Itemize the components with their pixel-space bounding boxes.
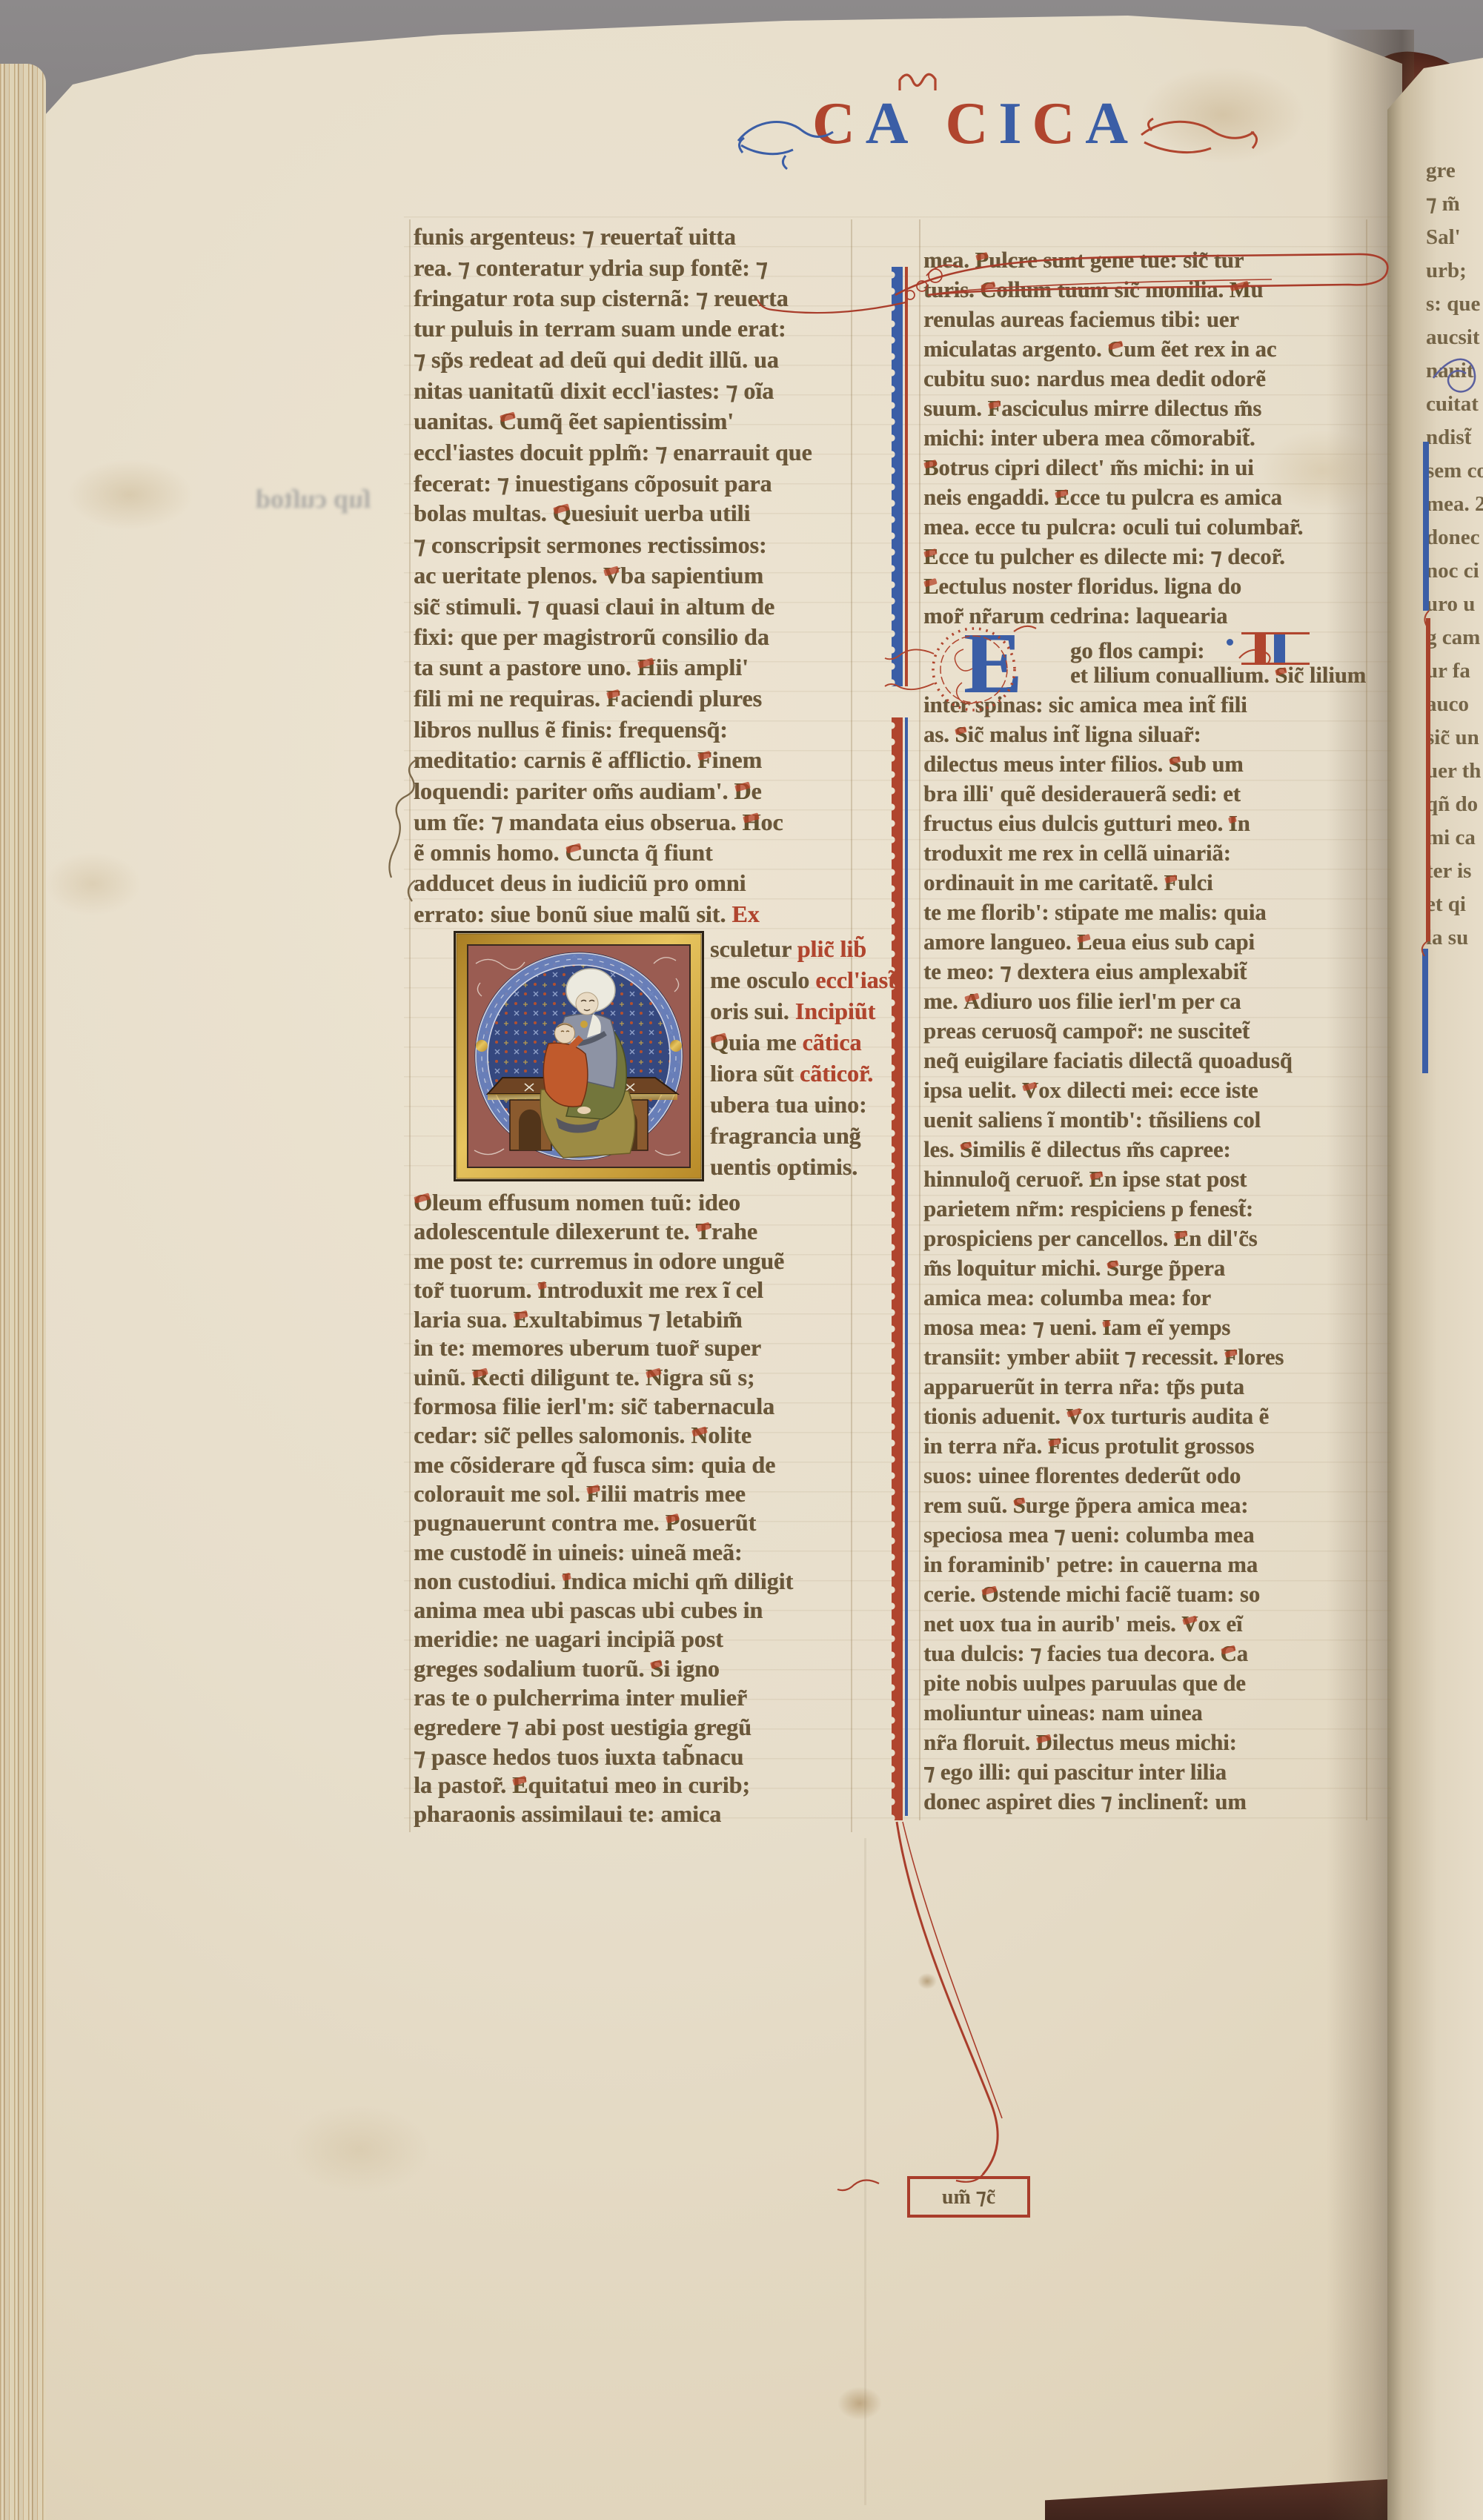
text-line: tor̃ tuorum. Introduxit me rex ĩ cel (414, 1276, 851, 1305)
text-line: Oleum effusum nomen tuũ: ideo (414, 1189, 851, 1218)
text-line: te meo: ⁊ dextera eius amplexabit̃ (923, 959, 1362, 989)
text-line: michi: inter ubera mea cõmorabit̃. (923, 425, 1362, 455)
historiated-initial-miniature (454, 931, 704, 1181)
text-line: uentis optimis. (710, 1153, 855, 1184)
text-line: ẽ omnis homo. Cuncta q̃ fiunt (414, 839, 851, 870)
text-line: Quia me cãtica (710, 1029, 855, 1060)
text-line: suum. Fasciculus mirre dilectus m̃s (923, 396, 1362, 425)
text-line: as. Sic̃ malus int̃ ligna siluar̃: (923, 722, 1362, 752)
text-line: me cõsiderare qd̃ fusca sim: quia de (414, 1451, 851, 1480)
text-line: apparuerũt in terra nr̃a: tp̃s puta (923, 1374, 1362, 1404)
text-line: rea. ⁊ conteratur ydria sup fontẽ: ⁊ (414, 253, 851, 285)
text-line: non custodiui. Indica michi qm̃ diligit (414, 1568, 851, 1596)
left-column-upper-text: funis argenteus: ⁊ reuertat̃ uittarea. ⁊… (414, 222, 851, 932)
text-line: fringatur rota sup cisternã: ⁊ reuerta (414, 284, 851, 315)
paraph-bar-stripe (905, 717, 908, 1816)
text-line: ⁊ sp̃s redeat ad deũ qui dedit illũ. ua (414, 345, 851, 377)
text-line: Botrus cipri dilect' m̃s michi: in ui (923, 455, 1362, 485)
running-header: CACICA (797, 83, 1146, 165)
text-line: fructus eius dulcis gutturi meo. In (923, 811, 1362, 840)
text-line: meridie: ne uagari incipiã post (414, 1625, 851, 1654)
text-line: ⁊ pasce hedos tuos iuxta tab̃nacu (414, 1743, 851, 1771)
text-line: mea. Pulcre sunt gene tue: sic̃ tur (923, 248, 1362, 277)
text-line: cerie. Ostende michi faciẽ tuam: so (923, 1582, 1362, 1611)
text-line: pharaonis assimilaui te: amica (414, 1800, 851, 1829)
text-line: uenit saliens ĩ montib': tñsiliens col (923, 1107, 1362, 1137)
parchment-stain (289, 2105, 430, 2194)
ruling-vertical (919, 219, 920, 1820)
text-line: amore langueo. Leua eius sub capi (923, 929, 1362, 959)
text-line: formosa filie ierl'm: sic̃ tabernacula (414, 1393, 851, 1422)
paraph-bar-stripe (905, 267, 908, 686)
text-line: libros nullus ẽ finis: frequensq̃: (414, 716, 851, 747)
parchment-stain (44, 852, 141, 915)
parchment-spot (837, 2387, 882, 2420)
text-line: eccl'iastes docuit pplm̃: ⁊ enarrauit qu… (414, 438, 851, 469)
text-line: bolas multas. Quesiuit uerba utili (414, 500, 851, 531)
text-line: miculatas argento. Cum ẽet rex in ac (923, 336, 1362, 366)
text-line: renulas aureas faciemus tibi: uer (923, 307, 1362, 336)
ruling-vertical (1366, 219, 1367, 1820)
text-line: me post te: curremus in odore unguẽ (414, 1247, 851, 1276)
show-through-ghost-text: ſup cuſtod (148, 483, 371, 514)
text-line: ordinauit in me caritatẽ. Fulci (923, 870, 1362, 900)
text-line: net uox tua in aurib' meis. Vox eĩ (923, 1611, 1362, 1641)
text-line: neis engaddi. Ecce tu pulcra es amica (923, 485, 1362, 514)
manuscript-photo: gre⁊ m̃Sal'urb;s: queaucsitnauitcuitatnd… (0, 0, 1483, 2520)
text-line: egredere ⁊ abi post uestigia gregũ (414, 1713, 851, 1742)
text-line: me osculo eccl'iast̃ (710, 966, 855, 998)
text-line: in te: memores uberum tuor̃ super (414, 1334, 851, 1363)
text-line: laria sua. Exultabimus ⁊ letabim̃ (414, 1305, 851, 1334)
text-line: liora sũt cãticor̃. (710, 1060, 855, 1091)
text-line: ipsa uelit. Vox dilecti mei: ecce iste (923, 1078, 1362, 1107)
parchment-spot (918, 1973, 937, 1989)
red-paraph-bar (892, 717, 903, 1820)
text-line: ⁊ ego illi: qui pascitur inter lilia (923, 1760, 1362, 1789)
text-line: in foraminib' petre: in cauerna ma (923, 1552, 1362, 1582)
gold-boss (670, 1040, 682, 1052)
text-line: les. Similis ẽ dilectus m̃s capree: (923, 1137, 1362, 1167)
text-line: loquendi: pariter om̃s audiam'. De (414, 777, 851, 809)
text-line: nr̃a floruit. Dilectus meus michi: (923, 1730, 1362, 1760)
text-line: oris sui. Incipiũt (710, 998, 855, 1029)
facing-page-flourish (1387, 30, 1483, 1216)
text-line: in terra nr̃a. Ficus protulit grossos (923, 1433, 1362, 1463)
ruling-vertical (409, 219, 411, 1832)
text-line: nitas uanitatũ dixit eccl'iastes: ⁊ oĩa (414, 377, 851, 408)
text-line: fecerat: ⁊ inuestigans cõposuit para (414, 469, 851, 500)
header-letter: C (812, 90, 858, 158)
text-line: mea. ecce tu pulcra: oculi tui columbar̃… (923, 514, 1362, 544)
text-line: amica mea: columba mea: for (923, 1285, 1362, 1315)
left-column-text-beside-miniature: sculetur plic̃ lib̃me osculo eccl'iast̃o… (710, 935, 855, 1184)
text-line: greges sodalium tuorũ. Si igno (414, 1655, 851, 1684)
text-line: me. Adiuro uos filie ierl'm per ca (923, 989, 1362, 1018)
text-line: preas ceruosq̃ campor̃: ne suscitet̃ (923, 1018, 1362, 1048)
text-line: rem suũ. Surge p̃pera amica mea: (923, 1493, 1362, 1522)
page-crease (864, 1838, 866, 2505)
text-line: transiit: ymber abiit ⁊ recessit. Flores (923, 1344, 1362, 1374)
text-line: m̃s loquitur michi. Surge p̃pera (923, 1256, 1362, 1285)
chapter-number-marker (1252, 633, 1296, 664)
text-line: ta sunt a pastore uno. Hiis ampli' (414, 654, 851, 685)
text-line: meditatio: carnis ẽ afflictio. Finem (414, 746, 851, 777)
text-line: fixi: que per magistrorũ consilio da (414, 623, 851, 654)
header-letter: A (1085, 90, 1131, 158)
text-line: troduxit me rex in cellã uinariã: (923, 840, 1362, 870)
text-line: um tĩe: ⁊ mandata eius obserua. Hoc (414, 808, 851, 839)
flourished-initial-E: E (963, 620, 1022, 707)
text-line: dilectus meus inter filios. Sub um (923, 752, 1362, 781)
page-stack-left-edge (0, 64, 46, 2520)
text-line: bra illi' quẽ desiderauerã sedi: et (923, 781, 1362, 811)
text-line: fili mi ne requiras. Faciendi plures (414, 685, 851, 716)
text-line: pite nobis uulpes paruulas que de (923, 1671, 1362, 1700)
text-line: adolescentule dilexerunt te. Trahe (414, 1218, 851, 1247)
text-line: suos: uinee florentes dederũt odo (923, 1463, 1362, 1493)
text-line: prospiciens per cancellos. En dil'c̃s (923, 1226, 1362, 1256)
text-line: ras te o pulcherrima inter mulier̃ (414, 1684, 851, 1713)
text-line: anima mea ubi pascas ubi cubes in (414, 1596, 851, 1625)
text-line: tionis aduenit. Vox turturis audita ẽ (923, 1404, 1362, 1433)
text-line: speciosa mea ⁊ ueni: columba mea (923, 1522, 1362, 1552)
text-line: sculetur plic̃ lib̃ (710, 935, 855, 966)
text-line: neq̃ euigilare faciatis dilectã quoadusq… (923, 1048, 1362, 1078)
text-line: moliuntur uineas: nam uinea (923, 1700, 1362, 1730)
text-line: funis argenteus: ⁊ reuertat̃ uitta (414, 222, 851, 253)
text-line: ac ueritate plenos. Vba sapientium (414, 562, 851, 593)
gold-boss (476, 1040, 488, 1052)
blue-paraph-bar (892, 267, 903, 686)
text-line: sic̃ stimuli. ⁊ quasi claui in altum de (414, 592, 851, 623)
text-line: turis. Collum tuum sic̃ monilia. Mu (923, 277, 1362, 307)
left-column-lower-text: Oleum effusum nomen tuũ: ideoadolescentu… (414, 1189, 851, 1830)
text-line: cubitu suo: nardus mea dedit odorẽ (923, 366, 1362, 396)
header-letter: C (946, 90, 992, 158)
header-letter: C (1032, 90, 1078, 158)
text-line: uinũ. Recti diligunt te. Nigra sũ s; (414, 1364, 851, 1393)
text-line: parietem nr̃m: respiciens p fenest̃: (923, 1196, 1362, 1226)
text-line: colorauit me sol. Filii matris mee (414, 1480, 851, 1509)
text-line: errato: siue bonũ siue malũ sit. Ex (414, 901, 851, 932)
facing-page-sliver: gre⁊ m̃Sal'urb;s: queaucsitnauitcuitatnd… (1387, 30, 1483, 2520)
text-line: ubera tua uino: (710, 1091, 855, 1122)
text-line: uanitas. Cumq̃ ẽet sapientissim' (414, 408, 851, 439)
text-line: donec aspiret dies ⁊ inclinent̃: um (923, 1789, 1362, 1819)
catchword-box: um̃ ⁊c̃ (907, 2176, 1030, 2218)
text-line: tua dulcis: ⁊ facies tua decora. Ca (923, 1641, 1362, 1671)
right-column-text: mea. Pulcre sunt gene tue: sic̃ turturis… (923, 248, 1362, 1819)
text-line: tur puluis in terram suam unde erat: (414, 315, 851, 346)
text-line: pugnauerunt contra me. Posuerũt (414, 1509, 851, 1538)
text-line: adducet deus in iudiciũ pro omni (414, 869, 851, 901)
text-line: cedar: sic̃ pelles salomonis. Nolite (414, 1422, 851, 1450)
header-letter: A (866, 90, 912, 158)
text-line: mosa mea: ⁊ ueni. Iam eĩ yemps (923, 1315, 1362, 1344)
header-letter: I (998, 90, 1024, 158)
text-line: Ecce tu pulcher es dilecte mi: ⁊ decor̃. (923, 544, 1362, 574)
text-line: ⁊ conscripsit sermones rectissimos: (414, 531, 851, 562)
text-line: te me florib': stipate me malis: quia (923, 900, 1362, 929)
text-line: fragrancia ung̃ (710, 1122, 855, 1153)
parchment-stain (1141, 67, 1304, 163)
text-line: Lectulus noster floridus. ligna do (923, 574, 1362, 603)
text-line: la pastor̃. Equitatui meo in curib; (414, 1771, 851, 1800)
text-line: hinnuloq̃ ceruor̃. En ipse stat post (923, 1167, 1362, 1196)
text-line: me custodẽ in uineis: uineã meã: (414, 1539, 851, 1568)
